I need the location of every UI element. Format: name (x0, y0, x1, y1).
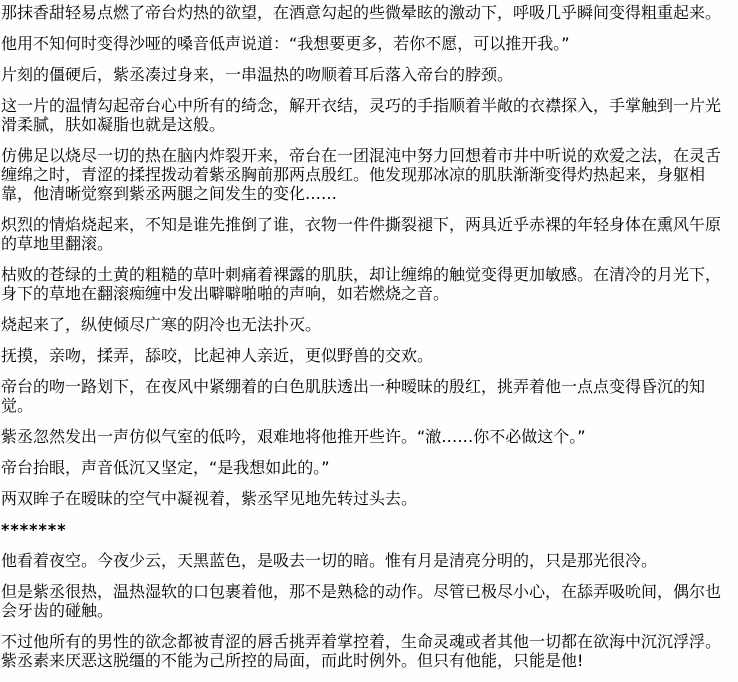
paragraph: 帝台抬眼，声音低沉又坚定，“是我想如此的。” (1, 458, 735, 477)
paragraph: 炽烈的情焰烧起来，不知是谁先推倒了谁，衣物一件件撕裂褪下，两具近乎赤裸的年轻身体… (1, 215, 735, 253)
paragraph: 帝台的吻一路划下，在夜风中紧绷着的白色肌肤透出一种暧昧的殷红，挑弄着他一点点变得… (1, 377, 735, 415)
paragraph: 他看着夜空。今夜少云，天黑蓝色，是吸去一切的暗。惟有月是清亮分明的，只是那光很冷… (1, 551, 735, 570)
paragraph: 不过他所有的男性的欲念都被青涩的唇舌挑弄着掌控着，生命灵魂或者其他一切都在欲海中… (1, 632, 735, 670)
paragraph: 两双眸子在暧昧的空气中凝视着，紫丞罕见地先转过头去。 (1, 489, 735, 508)
paragraph: 但是紫丞很热，温热湿软的口包裹着他，那不是熟稔的动作。尽管已极尽小心，在舔弄吸吮… (1, 582, 735, 620)
paragraph: 紫丞忽然发出一声仿似气室的低吟，艰难地将他推开些许。“澈……你不必做这个。” (1, 427, 735, 446)
document-page: 那抹香甜轻易点燃了帝台灼热的欲望，在酒意勾起的些微晕眩的激动下，呼吸几乎瞬间变得… (0, 0, 736, 670)
paragraph: 枯败的苍绿的土黄的粗糙的草叶刺痛着裸露的肌肤，却让缠绵的触觉变得更加敏感。在清冷… (1, 265, 735, 303)
paragraph: 片刻的僵硬后，紫丞凑过身来，一串温热的吻顺着耳后落入帝台的脖颈。 (1, 65, 735, 84)
paragraph: 这一片的温情勾起帝台心中所有的绮念，解开衣结，灵巧的手指顺着半敞的衣襟探入，手掌… (1, 96, 735, 134)
paragraph: 仿佛足以烧尽一切的热在脑内炸裂开来，帝台在一团混沌中努力回想着市井中听说的欢爱之… (1, 146, 735, 203)
paragraph: 烧起来了，纵使倾尽广寒的阴冷也无法扑灭。 (1, 315, 735, 334)
paragraph: 他用不知何时变得沙哑的嗓音低声说道：“我想要更多，若你不愿，可以推开我。” (1, 34, 735, 53)
paragraph: 抚摸，亲吻，揉弄，舔咬，比起神人亲近，更似野兽的交欢。 (1, 346, 735, 365)
paragraph: 那抹香甜轻易点燃了帝台灼热的欲望，在酒意勾起的些微晕眩的激动下，呼吸几乎瞬间变得… (1, 3, 735, 22)
scene-separator: ******* (1, 520, 735, 539)
